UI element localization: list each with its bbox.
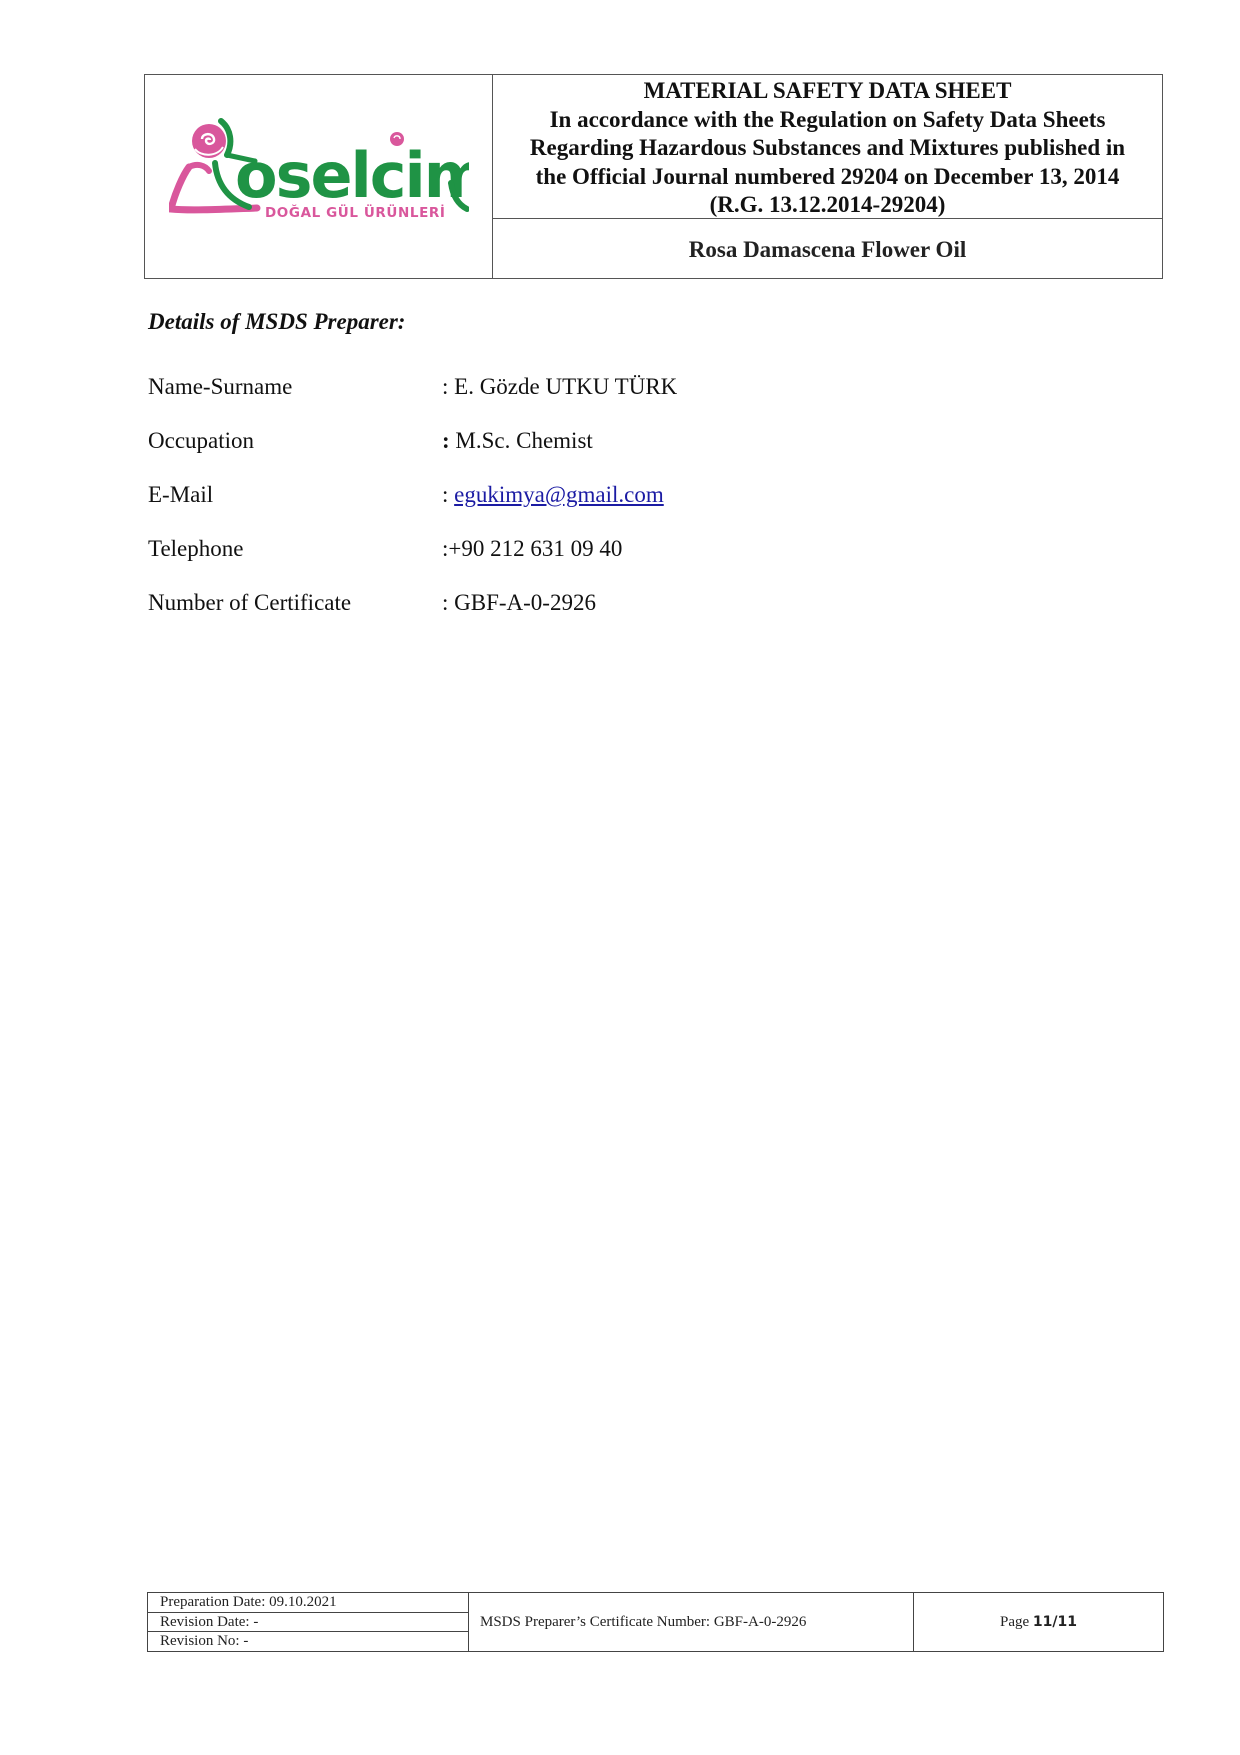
document-header: oselcim DOĞAL GÜL ÜRÜNLERİ MATERIAL SAFE…	[144, 74, 1163, 279]
revision-info: Preparation Date: 09.10.2021 Revision Da…	[148, 1593, 469, 1651]
email-link[interactable]: egukimya@gmail.com	[454, 482, 664, 507]
product-name: Rosa Damascena Flower Oil	[493, 219, 1162, 278]
field-value: :+90 212 631 09 40	[442, 536, 622, 562]
separator: :	[442, 374, 454, 399]
certificate-value: GBF-A-0-2926	[454, 590, 596, 615]
field-label: Telephone	[148, 536, 243, 562]
rose-logo-icon: oselcim DOĞAL GÜL ÜRÜNLERİ	[169, 113, 469, 223]
section-heading: Details of MSDS Preparer:	[148, 309, 405, 335]
field-value: : M.Sc. Chemist	[442, 428, 593, 454]
page-label: Page	[1000, 1614, 1033, 1631]
brand-tagline: DOĞAL GÜL ÜRÜNLERİ	[265, 203, 446, 221]
field-value: : GBF-A-0-2926	[442, 590, 596, 616]
document-title-block: MATERIAL SAFETY DATA SHEET In accordance…	[493, 75, 1162, 219]
roselcim-logo: oselcim DOĞAL GÜL ÜRÜNLERİ	[169, 113, 469, 223]
regulation-line-2: Regarding Hazardous Substances and Mixtu…	[493, 134, 1162, 163]
name-value: E. Gözde UTKU TÜRK	[454, 374, 677, 399]
regulation-reference: (R.G. 13.12.2014-29204)	[493, 191, 1162, 220]
field-label: Number of Certificate	[148, 590, 351, 616]
field-value: : E. Gözde UTKU TÜRK	[442, 374, 677, 400]
regulation-line-3: the Official Journal numbered 29204 on D…	[493, 163, 1162, 192]
regulation-line-1: In accordance with the Regulation on Saf…	[493, 106, 1162, 135]
separator: :	[442, 590, 454, 615]
field-label: E-Mail	[148, 482, 213, 508]
revision-date: Revision Date: -	[148, 1613, 468, 1633]
page-indicator: Page 11/11	[914, 1593, 1163, 1651]
preparation-date: Preparation Date: 09.10.2021	[148, 1593, 468, 1613]
telephone-value: +90 212 631 09 40	[448, 536, 622, 561]
separator: :	[442, 482, 454, 507]
brand-wordmark: oselcim	[235, 139, 469, 212]
revision-number: Revision No: -	[148, 1632, 468, 1652]
occupation-value: M.Sc. Chemist	[455, 428, 592, 453]
document-footer: Preparation Date: 09.10.2021 Revision Da…	[147, 1592, 1164, 1652]
separator: :	[442, 428, 455, 453]
logo-cell: oselcim DOĞAL GÜL ÜRÜNLERİ	[145, 75, 493, 278]
field-label: Occupation	[148, 428, 254, 454]
page-number: 11/11	[1033, 1614, 1077, 1630]
field-value: : egukimya@gmail.com	[442, 482, 664, 508]
document-title: MATERIAL SAFETY DATA SHEET	[493, 77, 1162, 106]
preparer-certificate-number: MSDS Preparer’s Certificate Number: GBF-…	[469, 1593, 914, 1651]
field-label: Name-Surname	[148, 374, 292, 400]
